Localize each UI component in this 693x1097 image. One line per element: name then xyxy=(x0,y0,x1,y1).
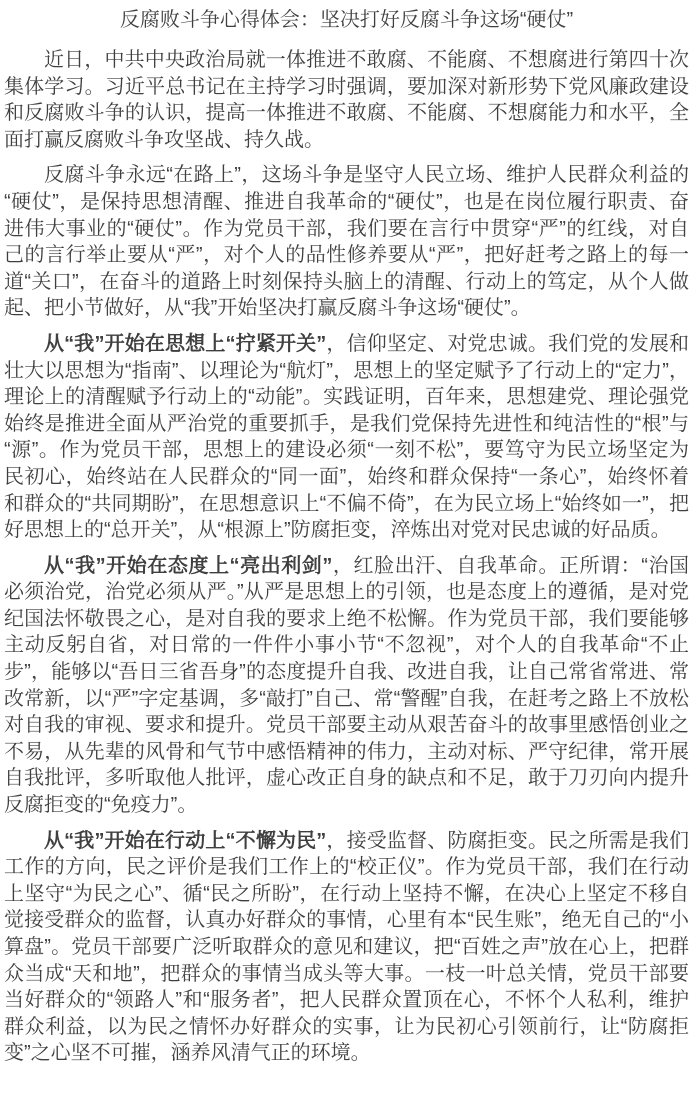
paragraph-2-text: 反腐斗争永远“在路上”，这场斗争是坚守人民立场、维护人民群众利益的“硬仗”，是保… xyxy=(4,164,689,319)
paragraph-4-text: ，红脸出汗、自我革命。正所谓：“治国必须治党，治党必须从严。”从严是思想上的引领… xyxy=(4,555,689,816)
paragraph-1: 近日，中共中央政治局就一体推进不敢腐、不能腐、不想腐进行第四十次集体学习。习近平… xyxy=(4,47,689,153)
paragraph-5-lead: 从“我”开始在行动上“不懈为民” xyxy=(44,830,326,852)
paragraph-2: 反腐斗争永远“在路上”，这场斗争是坚守人民立场、维护人民群众利益的“硬仗”，是保… xyxy=(4,162,689,322)
paragraph-1-text: 近日，中共中央政治局就一体推进不敢腐、不能腐、不想腐进行第四十次集体学习。习近平… xyxy=(4,49,689,151)
paragraph-3-lead: 从“我”开始在思想上“拧紧开关” xyxy=(44,333,326,355)
document-title: 反腐败斗争心得体会：坚决打好反腐斗争这场“硬仗” xyxy=(4,7,689,34)
paragraph-4: 从“我”开始在态度上“亮出利剑”，红脸出汗、自我革命。正所谓：“治国必须治党，治… xyxy=(4,553,689,819)
paragraph-3: 从“我”开始在思想上“拧紧开关”，信仰坚定、对党忠诚。我们党的发展和壮大以思想为… xyxy=(4,331,689,544)
paragraph-4-lead: 从“我”开始在态度上“亮出利剑” xyxy=(44,555,332,577)
document: 反腐败斗争心得体会：坚决打好反腐斗争这场“硬仗” 近日，中共中央政治局就一体推进… xyxy=(0,0,693,1077)
paragraph-5: 从“我”开始在行动上“不懈为民”，接受监督、防腐拒变。民之所需是我们工作的方向，… xyxy=(4,828,689,1067)
paragraph-3-text: ，信仰坚定、对党忠诚。我们党的发展和壮大以思想为“指南”、以理论为“航灯”，思想… xyxy=(4,333,689,541)
paragraph-5-text: ，接受监督、防腐拒变。民之所需是我们工作的方向，民之评价是我们工作上的“校正仪”… xyxy=(4,830,689,1065)
